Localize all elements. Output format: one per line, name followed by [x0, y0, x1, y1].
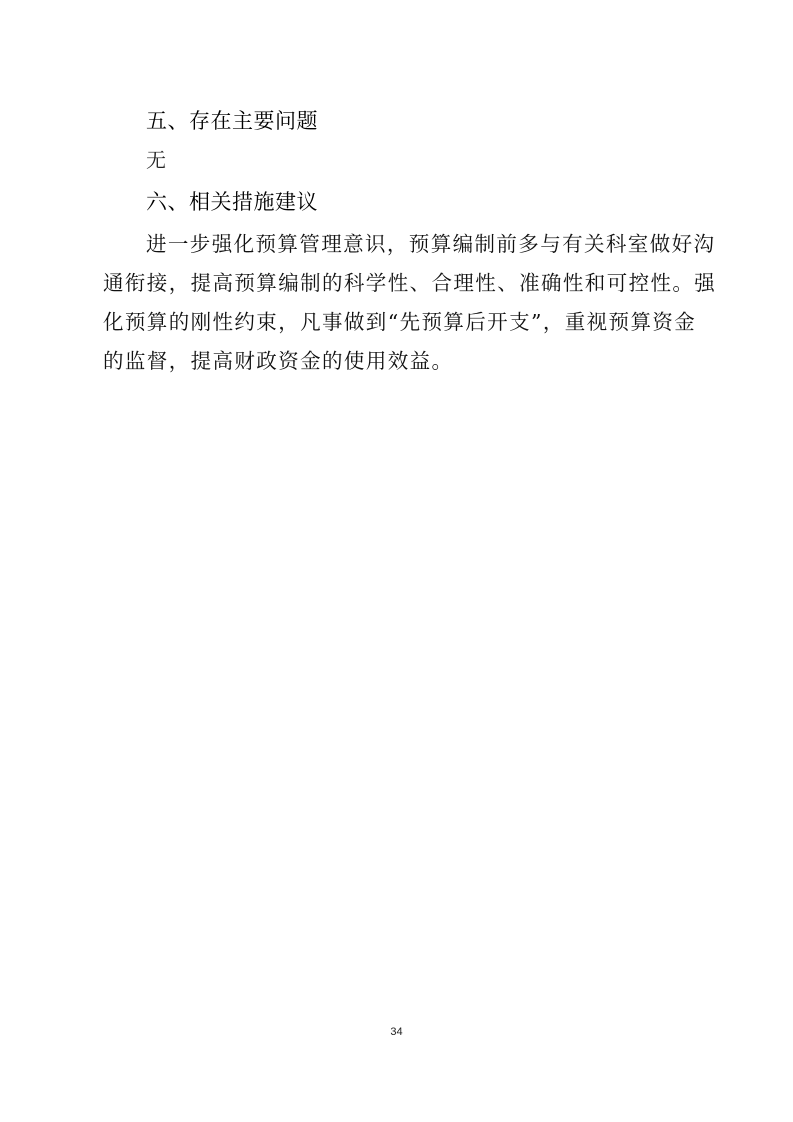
section-content-none: 无 [146, 146, 166, 174]
paragraph-line: 的监督，提高财政资金的使用效益。 [103, 342, 695, 381]
recommendations-paragraph: 进一步强化预算管理意识，预算编制前多与有关科室做好沟 通衔接，提高预算编制的科学… [103, 225, 695, 381]
section-heading-recommendations: 六、相关措施建议 [146, 188, 318, 216]
section-heading-main-problems: 五、存在主要问题 [146, 107, 318, 135]
paragraph-line: 通衔接，提高预算编制的科学性、合理性、准确性和可控性。强 [103, 264, 695, 303]
paragraph-line: 化预算的刚性约束，凡事做到“先预算后开支”，重视预算资金 [103, 303, 695, 342]
document-page: 五、存在主要问题 无 六、相关措施建议 进一步强化预算管理意识，预算编制前多与有… [0, 0, 793, 1122]
page-number: 34 [0, 1026, 793, 1038]
paragraph-line: 进一步强化预算管理意识，预算编制前多与有关科室做好沟 [103, 225, 695, 264]
